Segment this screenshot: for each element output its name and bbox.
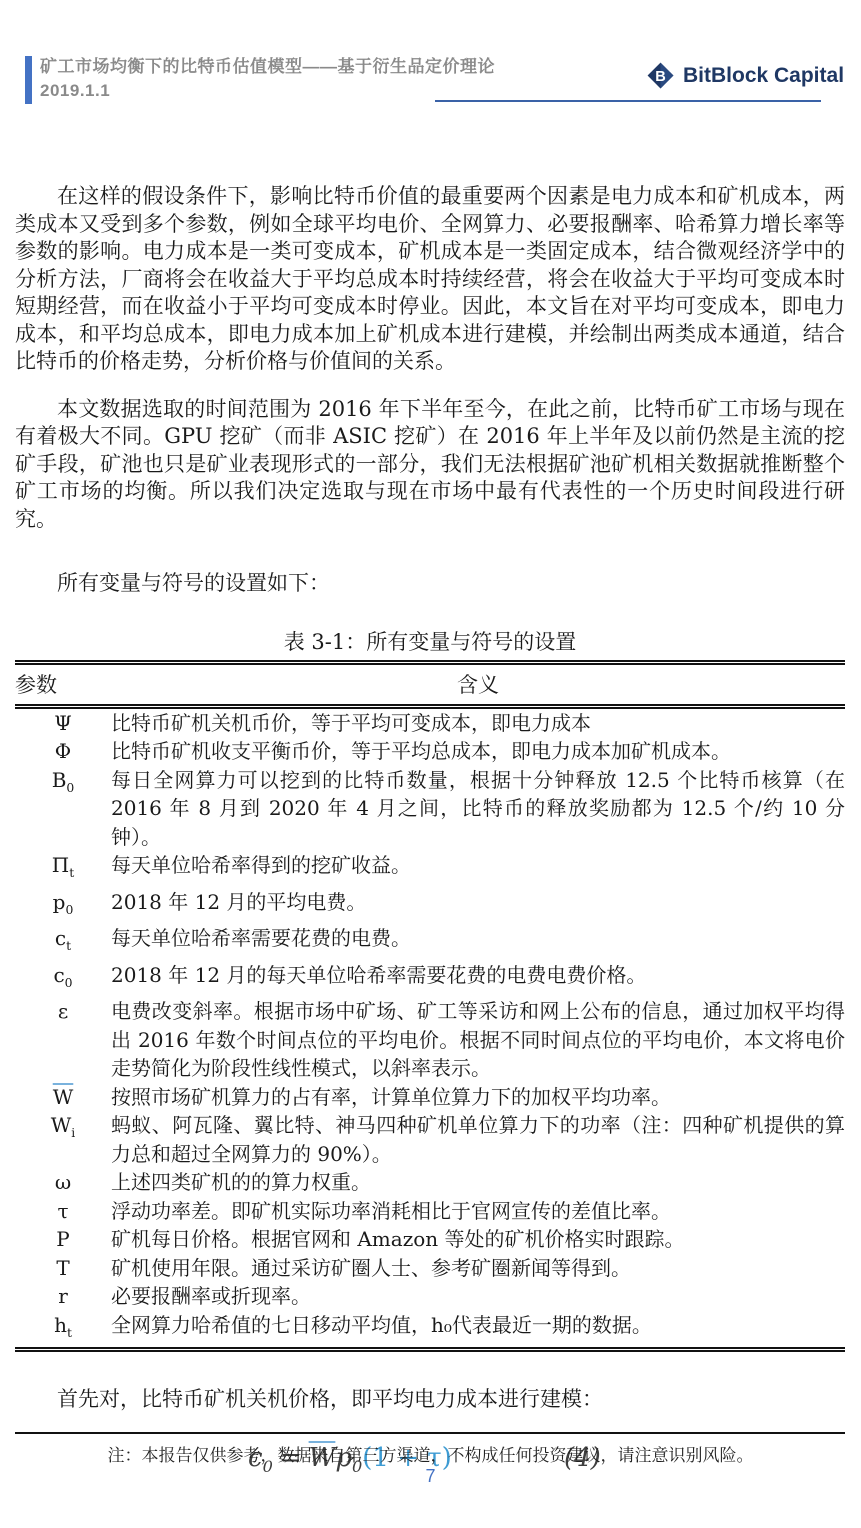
param-symbol: τ (15, 1197, 111, 1226)
table-row: ht全网算力哈希值的七日移动平均值，h₀代表最近一期的数据。 (15, 1311, 845, 1350)
table-row: Wi蚂蚁、阿瓦隆、翼比特、神马四种矿机单位算力下的功率（注：四种矿机提供的算力总… (15, 1111, 845, 1168)
table-body: Ψ比特币矿机关机币价，等于平均可变成本，即电力成本Φ比特币矿机收支平衡币价，等于… (15, 706, 845, 1350)
table-row: Ψ比特币矿机关机币价，等于平均可变成本，即电力成本 (15, 706, 845, 737)
table-row: W按照市场矿机算力的占有率，计算单位算力下的加权平均功率。 (15, 1083, 845, 1112)
table-header-row: 参数 含义 (15, 662, 845, 706)
param-meaning: 矿机使用年限。通过采访矿圈人士、参考矿圈新闻等得到。 (111, 1254, 845, 1283)
table-row: Πt每天单位哈希率得到的挖矿收益。 (15, 851, 845, 888)
param-symbol: ht (15, 1311, 111, 1350)
param-symbol: W (15, 1083, 111, 1112)
paragraph-assumptions: 在这样的假设条件下，影响比特币价值的最重要两个因素是电力成本和矿机成本，两类成本… (15, 183, 845, 376)
param-symbol: r (15, 1282, 111, 1311)
param-meaning: 比特币矿机关机币价，等于平均可变成本，即电力成本 (111, 706, 845, 737)
param-meaning: 电费改变斜率。根据市场中矿场、矿工等采访和网上公布的信息，通过加权平均得出 20… (111, 997, 845, 1083)
param-meaning: 每天单位哈希率得到的挖矿收益。 (111, 851, 845, 888)
table-row: B0每日全网算力可以挖到的比特币数量，根据十分钟释放 12.5 个比特币核算（在… (15, 766, 845, 852)
document-page: 矿工市场均衡下的比特币估值模型——基于衍生品定价理论 2019.1.1 B Bi… (0, 0, 861, 1528)
param-meaning: 每日全网算力可以挖到的比特币数量，根据十分钟释放 12.5 个比特币核算（在 2… (111, 766, 845, 852)
param-meaning: 按照市场矿机算力的占有率，计算单位算力下的加权平均功率。 (111, 1083, 845, 1112)
param-symbol: ε (15, 997, 111, 1083)
param-symbol: ω (15, 1168, 111, 1197)
bitblock-diamond-icon: B (647, 62, 674, 89)
footer-disclaimer: 注：本报告仅供参考，数据来自第三方渠道，不构成任何投资建议，请注意识别风险。 (0, 1441, 861, 1466)
table-row: r必要报酬率或折现率。 (15, 1282, 845, 1311)
page-header: 矿工市场均衡下的比特币估值模型——基于衍生品定价理论 2019.1.1 B Bi… (25, 55, 845, 105)
document-body: 在这样的假设条件下，影响比特币价值的最重要两个因素是电力成本和矿机成本，两类成本… (15, 183, 845, 1483)
param-meaning: 2018 年 12 月的每天单位哈希率需要花费的电费电费价格。 (111, 961, 845, 998)
table-row: τ浮动功率差。即矿机实际功率消耗相比于官网宣传的差值比率。 (15, 1197, 845, 1226)
column-header-parameter: 参数 (15, 662, 111, 706)
table-row: c02018 年 12 月的每天单位哈希率需要花费的电费电费价格。 (15, 961, 845, 998)
table-row: ε电费改变斜率。根据市场中矿场、矿工等采访和网上公布的信息，通过加权平均得出 2… (15, 997, 845, 1083)
param-meaning: 2018 年 12 月的平均电费。 (111, 888, 845, 925)
table-row: ct每天单位哈希率需要花费的电费。 (15, 924, 845, 961)
table-row: P矿机每日价格。根据官网和 Amazon 等处的矿机价格实时跟踪。 (15, 1225, 845, 1254)
param-meaning: 上述四类矿机的的算力权重。 (111, 1168, 845, 1197)
paragraph-data-range: 本文数据选取的时间范围为 2016 年下半年至今，在此之前，比特币矿工市场与现在… (15, 396, 845, 534)
table-caption: 表 3-1：所有变量与符号的设置 (15, 626, 845, 656)
param-symbol: P (15, 1225, 111, 1254)
param-symbol: ct (15, 924, 111, 961)
header-divider-line (435, 100, 821, 102)
param-symbol: Wi (15, 1111, 111, 1168)
brand-name: BitBlock Capital (683, 64, 844, 88)
paragraph-variables-intro: 所有变量与符号的设置如下： (15, 570, 845, 598)
param-symbol: c0 (15, 961, 111, 998)
page-number: 7 (0, 1466, 861, 1487)
table-row: Φ比特币矿机收支平衡币价，等于平均总成本，即电力成本加矿机成本。 (15, 737, 845, 766)
param-meaning: 矿机每日价格。根据官网和 Amazon 等处的矿机价格实时跟踪。 (111, 1225, 845, 1254)
brand-logo: B BitBlock Capital (647, 62, 844, 89)
param-symbol: p0 (15, 888, 111, 925)
param-meaning: 必要报酬率或折现率。 (111, 1282, 845, 1311)
table-row: ω上述四类矿机的的算力权重。 (15, 1168, 845, 1197)
model-intro: 首先对，比特币矿机关机价格，即平均电力成本进行建模： (15, 1386, 845, 1413)
param-symbol: Φ (15, 737, 111, 766)
param-meaning: 比特币矿机收支平衡币价，等于平均总成本，即电力成本加矿机成本。 (111, 737, 845, 766)
param-symbol: T (15, 1254, 111, 1283)
param-symbol: B0 (15, 766, 111, 852)
param-meaning: 全网算力哈希值的七日移动平均值，h₀代表最近一期的数据。 (111, 1311, 845, 1350)
param-symbol: Ψ (15, 706, 111, 737)
svg-text:B: B (655, 69, 666, 85)
variables-table: 参数 含义 Ψ比特币矿机关机币价，等于平均可变成本，即电力成本Φ比特币矿机收支平… (15, 660, 845, 1353)
table-row: p02018 年 12 月的平均电费。 (15, 888, 845, 925)
table-header: 参数 含义 (15, 662, 845, 706)
param-meaning: 浮动功率差。即矿机实际功率消耗相比于官网宣传的差值比率。 (111, 1197, 845, 1226)
param-meaning: 蚂蚁、阿瓦隆、翼比特、神马四种矿机单位算力下的功率（注：四种矿机提供的算力总和超… (111, 1111, 845, 1168)
param-symbol: Πt (15, 851, 111, 888)
header-accent-bar (25, 56, 32, 104)
param-meaning: 每天单位哈希率需要花费的电费。 (111, 924, 845, 961)
column-header-meaning: 含义 (111, 662, 845, 706)
footer-divider-line (15, 1432, 845, 1434)
table-row: T矿机使用年限。通过采访矿圈人士、参考矿圈新闻等得到。 (15, 1254, 845, 1283)
